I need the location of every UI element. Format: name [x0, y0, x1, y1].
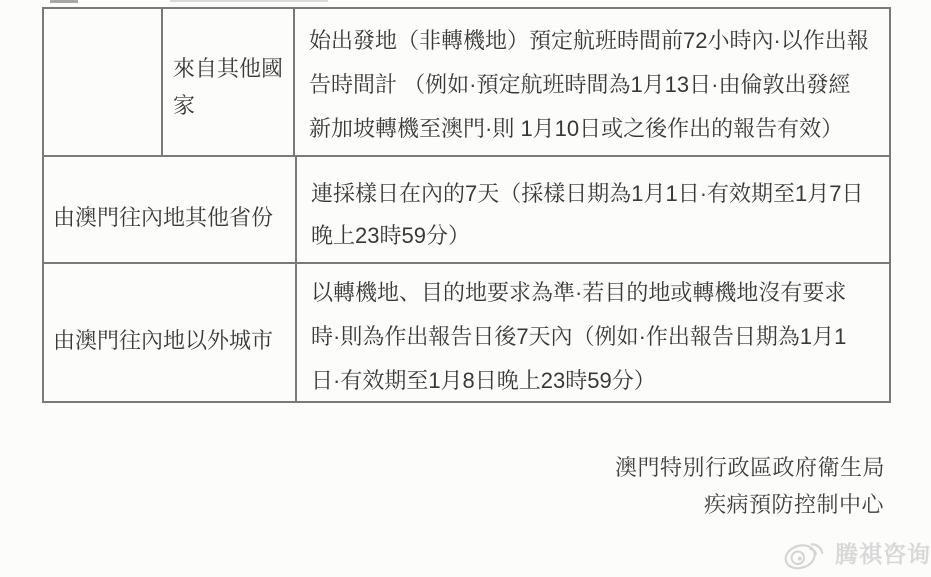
- table-cell-mainland-provinces-detail: 連採樣日在內的7天（採樣日期為1月1日·有效期至1月7日 晚上23時59分）: [297, 157, 889, 262]
- table-cell-outside-cities-detail: 以轉機地、目的地要求為準·若目的地或轉機地沒有要求 時·則為作出報告日後7天內（…: [297, 264, 889, 401]
- table-cell-origin-label: 來自其他國 家: [163, 9, 295, 155]
- watermark: 腾祺咨询: [782, 531, 931, 573]
- table-row-mainland-provinces: 由澳門往內地其他省份 連採樣日在內的7天（採樣日期為1月1日·有效期至1月7日 …: [44, 155, 889, 262]
- watermark-text: 腾祺咨询: [835, 536, 931, 569]
- crop-artifact: [50, 0, 78, 3]
- document-page: 來自其他國 家 始出發地（非轉機地）預定航班時間前72小時內·以作出報 告時間計…: [0, 0, 931, 577]
- table-row-cities-outside-mainland: 由澳門往內地以外城市 以轉機地、目的地要求為準·若目的地或轉機地沒有要求 時·則…: [44, 262, 889, 401]
- table-cell-origin-detail: 始出發地（非轉機地）預定航班時間前72小時內·以作出報 告時間計 （例如·預定航…: [295, 9, 889, 155]
- table-cell-mainland-provinces-label: 由澳門往內地其他省份: [44, 157, 297, 262]
- crop-artifact: [170, 0, 328, 2]
- issuer-health-bureau: 澳門特別行政區政府衛生局: [615, 451, 885, 482]
- table-cell-empty: [44, 9, 163, 155]
- weibo-icon: [782, 531, 828, 573]
- issuer-cdc-center: 疾病預防控制中心: [704, 488, 884, 519]
- requirements-table: 來自其他國 家 始出發地（非轉機地）預定航班時間前72小時內·以作出報 告時間計…: [42, 7, 891, 403]
- table-cell-outside-cities-label: 由澳門往內地以外城市: [44, 264, 297, 401]
- table-row-other-countries: 來自其他國 家 始出發地（非轉機地）預定航班時間前72小時內·以作出報 告時間計…: [44, 9, 889, 155]
